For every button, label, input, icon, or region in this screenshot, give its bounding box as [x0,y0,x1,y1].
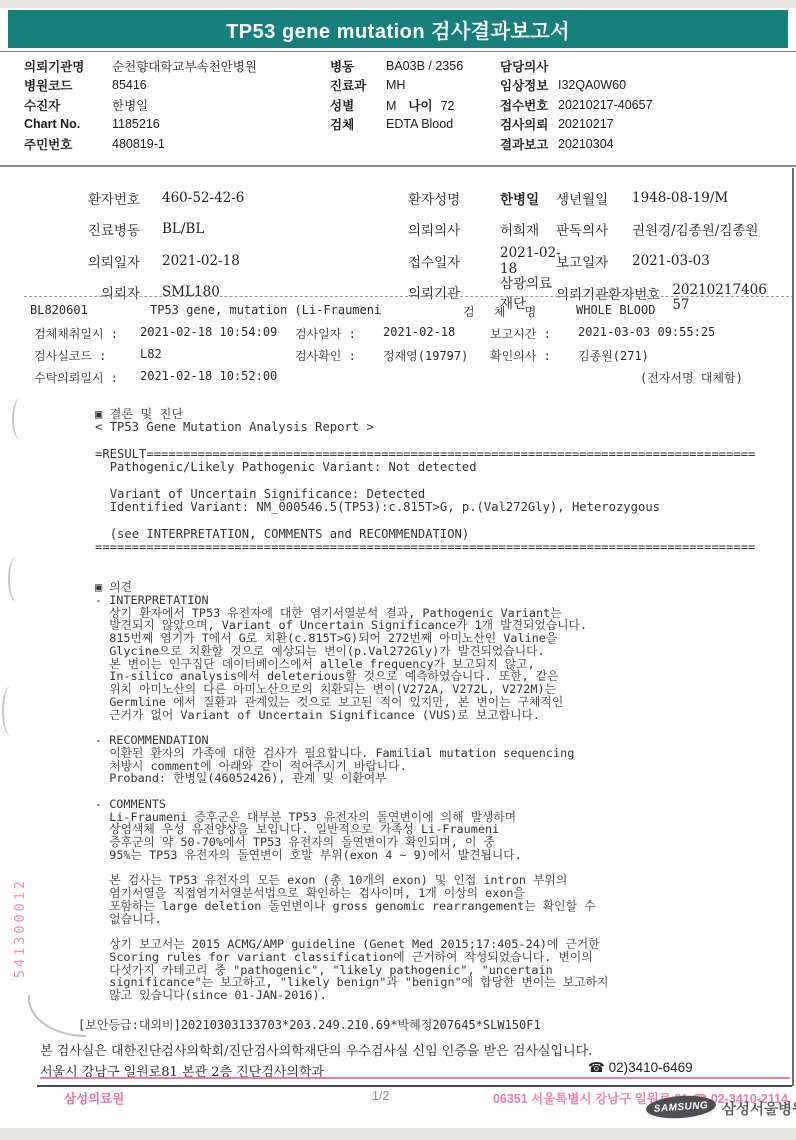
info-label: 검체 [330,115,386,133]
patient-row: 생년월일1948-08-19/M [556,182,794,214]
samsung-logo-text: SAMSUNG [653,1100,708,1115]
patient-name: 한병일 [500,188,539,208]
sample-label: 검 체 명 [463,303,542,320]
scan-artifact [12,398,29,440]
page-title: TP53 gene mutation 검사결과보고서 [226,15,570,44]
info-label: 임상정보 [500,76,558,94]
page-number: 1/2 [372,1089,389,1103]
test-name: TP53 gene, mutation (Li-Fraumeni [150,303,381,317]
accreditation-note: 본 검사실은 대한진단검사의학회/진단검사의학재단의 우수검사실 신임 인증을 … [40,1040,592,1059]
patient-row: 환자성명한병일 [408,182,563,214]
department-phone: ☎ 02)3410-6469 [588,1060,693,1076]
patient-value: 권원경/김종원/김종원 [632,219,758,239]
hospital-name: 삼성서울병원 [722,1098,796,1119]
test-date-label: 검사일자 : [295,325,356,342]
patient-row: 보고일자2021-03-03 [556,245,794,277]
scan-edge-line [792,168,794,1086]
bottom-scan-strip [0,1128,796,1140]
info-value: 85416 [112,78,330,92]
patient-label: 환자성명 [408,188,484,208]
collect-value: 2021-02-18 10:54:09 [140,325,277,339]
info-value: 20210304 [558,137,788,151]
patient-label: 의뢰일자 [62,251,140,271]
pink-divider [40,1077,790,1079]
info-subvalue: M [386,99,396,113]
scan-artifact [28,995,86,1037]
info-label: 진료과 [330,76,386,94]
info-subvalue: MH [386,78,405,92]
patient-value: 2021-03-03 [632,253,710,269]
patient-column-2: 환자성명한병일 의뢰의사허희재 접수일자2021-02-18 의뢰기관삼광의료재… [408,182,563,308]
report-time-label: 보고시간 : [490,325,551,342]
patient-value: BL/BL [162,221,204,237]
dashed-divider [24,296,794,297]
info-value: 480819-1 [112,137,330,151]
result-section: ▣ 결론 및 진단 < TP53 Gene Mutation Analysis … [95,408,785,554]
info-label: 성별 [330,96,386,114]
info-label: 병동 [330,57,386,75]
patient-row: 의뢰의사허희재 [408,214,563,246]
info-subvalue: EDTA Blood [386,117,453,131]
request-label: 수탁의뢰일시 : [34,369,118,386]
test-date-value: 2021-02-18 [383,325,455,339]
info-label: 결과보고 [500,135,558,153]
top-scan-strip [0,0,796,8]
info-value: I32QA0W60 [558,78,788,92]
order-info-section: 의뢰기관명 순천향대학교부속천안병원 병동 BA03B / 2356 담당의사 … [24,56,788,154]
info-label: 병원코드 [24,76,112,94]
patient-row: 진료병동BL/BL [62,214,397,246]
report-time-value: 2021-03-03 09:55:25 [578,325,715,339]
collect-label: 검체채취일시 : [34,325,118,342]
info-row: 의뢰기관명 순천향대학교부속천안병원 병동 BA03B / 2356 담당의사 [24,56,788,76]
patient-column-1: 환자번호460-52-42-6 진료병동BL/BL 의뢰일자2021-02-18… [62,182,397,308]
info-label: 담당의사 [500,57,558,75]
lab-code-value: L82 [140,347,162,361]
info-value: MH [386,78,500,92]
patient-row: 판독의사권원경/김종원/김종원 [556,214,794,246]
info-subvalue: BA03B / 2356 [386,59,463,73]
info-subvalue: 72 [441,99,455,113]
header-divider [0,51,796,52]
info-row: 병원코드 85416 진료과 MH 임상정보 I32QA0W60 [24,76,788,96]
info-value: 한병일 [112,96,330,114]
patient-value: 2021-02-18 [162,253,240,269]
scan-artifact [2,686,19,736]
info-label: 의뢰기관명 [24,57,112,75]
opinion-section: ▣ 의견 - INTERPRETATION 상기 환자에서 TP53 유전자에 … [95,581,790,1002]
patient-row: 의뢰일자2021-02-18 [62,245,397,277]
info-sublabel: 나이 [408,99,432,113]
lab-code-label: 검사실코드 : [34,347,106,364]
confirm-doctor-label: 확인의사 : [490,347,551,364]
patient-value: 1948-08-19/M [632,190,728,206]
patient-column-3: 생년월일1948-08-19/M 판독의사권원경/김종원/김종원 보고일자202… [556,182,794,313]
patient-label: 의뢰의사 [408,219,484,239]
patient-value: 460-52-42-6 [162,190,244,206]
info-label: 수진자 [24,96,112,114]
verify-label: 검사확인 : [295,347,356,364]
verify-value: 정재영(19797) [383,347,468,364]
info-row: 수진자 한병일 성별 M나이72 접수번호 20210217-40657 [24,95,788,115]
confirm-doctor-value: 김종원(271) [578,347,649,364]
info-label: 접수번호 [500,96,558,114]
side-barcode-number: 541300012 [12,878,28,978]
footer-org-name: 삼성의료원 [64,1089,124,1107]
patient-label: 판독의사 [556,219,620,239]
info-value: 순천향대학교부속천안병원 [112,57,330,75]
test-code: BL820601 [30,303,88,317]
info-label: 검사의뢰 [500,115,558,133]
patient-value: 허희재 [500,219,539,239]
section-divider [0,165,796,167]
patient-row: 환자번호460-52-42-6 [62,182,397,214]
info-value: BA03B / 2356 [386,59,500,73]
info-value: 1185216 [112,117,330,131]
info-row: 주민번호 480819-1 결과보고 20210304 [24,134,788,154]
info-value [386,137,500,151]
report-title-bar: TP53 gene mutation 검사결과보고서 [8,10,788,48]
info-value: EDTA Blood [386,117,500,131]
info-row: Chart No. 1185216 검체 EDTA Blood 검사의뢰 202… [24,115,788,135]
info-value: 20210217 [558,117,788,131]
security-line: [보안등급:대외비]20210303133703*203.249.210.69*… [78,1016,541,1033]
lab-report-page: TP53 gene mutation 검사결과보고서 의뢰기관명 순천향대학교부… [0,0,796,1140]
info-label: Chart No. [24,117,112,131]
patient-label: 접수일자 [408,251,484,271]
esign-note: (전자서명 대체함) [640,369,743,386]
scan-artifact [8,556,25,602]
sample-value: WHOLE BLOOD [576,303,655,317]
patient-label: 생년월일 [556,188,620,208]
specimen-section: BL820601 TP53 gene, mutation (Li-Fraumen… [0,296,796,392]
footer-divider [37,1085,792,1087]
info-label: 주민번호 [24,135,112,153]
request-value: 2021-02-18 10:52:00 [140,369,277,383]
patient-label: 보고일자 [556,251,620,271]
patient-label: 진료병동 [62,219,140,239]
info-value: 20210217-40657 [558,98,788,112]
info-value: M나이72 [386,96,500,114]
patient-label: 환자번호 [62,188,140,208]
